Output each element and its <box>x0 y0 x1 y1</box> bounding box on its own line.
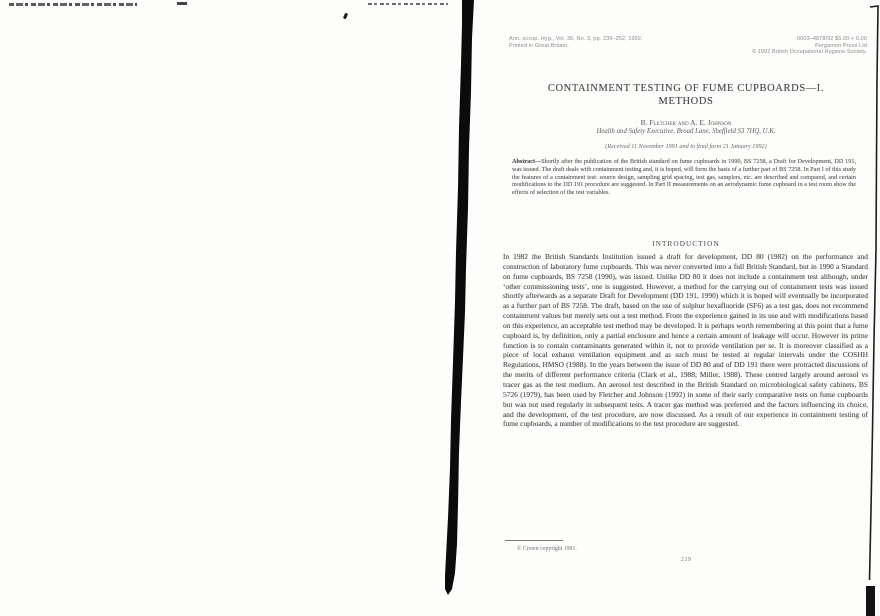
paper-title-line1: CONTAINMENT TESTING OF FUME CUPBOARDS—I. <box>503 83 869 96</box>
received-line: (Received 11 November 1991 and in final … <box>503 143 869 150</box>
paper-title-line2: METHODS <box>503 96 869 109</box>
footnote-rule <box>505 540 563 541</box>
section-heading-introduction: INTRODUCTION <box>503 240 869 248</box>
paper-authors: B. Fletcher and A. E. Johnson <box>503 118 869 127</box>
abstract-label: Abstract— <box>512 158 541 165</box>
journal-header: Ann. occup. Hyg., Vol. 36, No. 3, pp. 23… <box>509 36 867 56</box>
paper-page: Ann. occup. Hyg., Vol. 36, No. 3, pp. 23… <box>503 0 869 616</box>
journal-issn-block: 0003–4878/92 $5.00 + 0.00 Pergamon Press… <box>752 36 867 56</box>
journal-citation-line2: Printed in Great Britain. <box>509 43 643 50</box>
scanned-paper-page: { "scan": { "binding_strip_color": "#0b0… <box>0 0 880 616</box>
abstract-text: Shortly after the publication of the Bri… <box>512 158 856 196</box>
journal-citation: Ann. occup. Hyg., Vol. 36, No. 3, pp. 23… <box>509 36 643 56</box>
abstract: Abstract—Shortly after the publication o… <box>512 158 856 197</box>
page-number: 239 <box>503 556 869 563</box>
copyright-footnote: © Crown copyright 1991. <box>517 546 577 552</box>
paper-title: CONTAINMENT TESTING OF FUME CUPBOARDS—I.… <box>503 83 869 108</box>
journal-citation-line1: Ann. occup. Hyg., Vol. 36, No. 3, pp. 23… <box>509 36 643 43</box>
scan-page-edge-line <box>870 6 879 580</box>
paper-affiliation: Health and Safety Executive, Broad Lane,… <box>503 128 869 135</box>
journal-issn-line3: © 1992 British Occupational Hygiene Soci… <box>752 49 867 56</box>
introduction-paragraph: In 1982 the British Standards Institutio… <box>503 252 868 429</box>
